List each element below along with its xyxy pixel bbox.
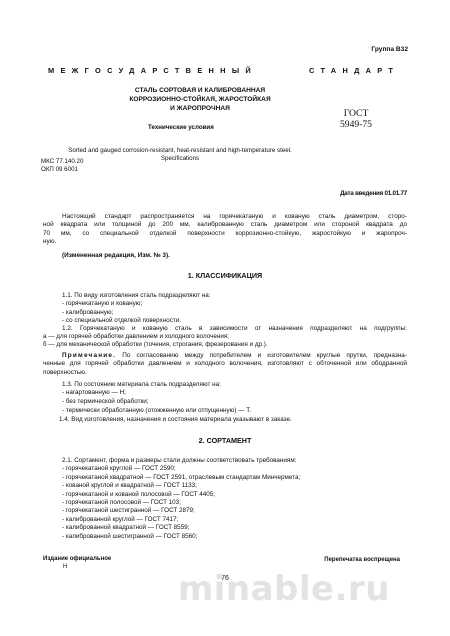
- gost-number: 5949-75: [336, 120, 376, 131]
- interstate-standard-banner: МЕЖГОСУДАРСТВЕННЫЙ СТАНДАРТ: [48, 67, 257, 75]
- list-item: - горячекатаной квадратной — ГОСТ 2591, …: [62, 474, 300, 482]
- list-item: - калиброванной круглой — ГОСТ 7417;: [62, 516, 300, 524]
- group-code: Группа В32: [371, 46, 408, 54]
- list-item: - горячекатаной шестигранной — ГОСТ 2879…: [62, 507, 300, 515]
- english-title-line: Specifications: [60, 155, 300, 163]
- okp-code: ОКП 09 6001: [41, 166, 83, 174]
- paragraph-line: 70 мм, со специальной отделкой поверхнос…: [43, 230, 407, 238]
- list-item: - без термической обработки;: [62, 398, 292, 406]
- classification-list: 1.1. По виду изготовления сталь подразде…: [62, 292, 211, 326]
- english-title-line: Sorted and gauged corrosion-resistant, h…: [60, 147, 300, 155]
- list-item: - калиброванной квадратной — ГОСТ 8559;: [62, 524, 300, 532]
- title-line: И ЖАРОПРОЧНАЯ: [120, 104, 280, 113]
- list-item: б — для механической обработки (точения,…: [43, 341, 268, 349]
- list-item: - кованой круглой и квадратной — ГОСТ 11…: [62, 482, 300, 490]
- banner-word-interstate: МЕЖГОСУДАРСТВЕННЫЙ: [48, 66, 257, 75]
- mks-code: МКС 77.140.20: [41, 158, 83, 166]
- reprint-prohibited-note: Перепечатка воспрещена: [324, 556, 400, 564]
- english-title: Sorted and gauged corrosion-resistant, h…: [60, 147, 300, 163]
- list-item: - калиброванной шестигранной — ГОСТ 8560…: [62, 533, 300, 541]
- section-heading-assortment: 2. СОРТАМЕНТ: [0, 437, 450, 445]
- paragraph-line: ной квадрата или толщиной до 200 мм, кал…: [43, 221, 407, 229]
- classification-codes: МКС 77.140.20 ОКП 09 6001: [41, 158, 83, 174]
- subgroups-list: а — для горячей обработки давлением и хо…: [43, 333, 268, 350]
- material-state-list: 1.3. По состоянию материала сталь подраз…: [62, 381, 292, 424]
- intro-paragraph: Настоящий стандарт распространяется на г…: [43, 213, 407, 247]
- list-item: - нагартованную — Н;: [62, 389, 292, 397]
- official-edition-label: Издание официальное: [43, 556, 111, 564]
- list-item: 1.1. По виду изготовления сталь подразде…: [62, 292, 211, 300]
- note-label: Примечание.: [62, 352, 116, 359]
- document-title: СТАЛЬ СОРТОВАЯ И КАЛИБРОВАННАЯ КОРРОЗИОН…: [120, 86, 280, 113]
- paragraph-line: ную.: [43, 238, 407, 246]
- paragraph-line: ченные для горячей обработки давлением и…: [43, 360, 407, 368]
- edition-marker: Н: [43, 564, 111, 572]
- list-item: 1.4. Вид изготовления, назначения и сост…: [59, 416, 292, 424]
- revision-note: (Измененная редакция, Изм. № 3).: [62, 252, 170, 260]
- list-item: - калиброванную;: [62, 309, 211, 317]
- list-item: 1.3. По состоянию материала сталь подраз…: [62, 381, 292, 389]
- list-item: - термически обработанную (отожженную ил…: [62, 407, 292, 415]
- note-paragraph: Примечание. По согласованию между потреб…: [43, 352, 407, 377]
- list-item: - горячекатаной круглой — ГОСТ 2590;: [62, 465, 300, 473]
- list-item: - горячекатаную и кованую;: [62, 300, 211, 308]
- document-subtitle: Технические условия: [148, 124, 214, 132]
- note-text: По согласованию между потребителем и изг…: [122, 352, 407, 359]
- gost-designation: ГОСТ 5949-75: [336, 109, 376, 130]
- gost-label: ГОСТ: [336, 109, 376, 120]
- banner-word-standard: СТАНДАРТ: [309, 67, 399, 75]
- section-heading-classification: 1. КЛАССИФИКАЦИЯ: [0, 272, 450, 280]
- title-line: СТАЛЬ СОРТОВАЯ И КАЛИБРОВАННАЯ: [120, 86, 280, 95]
- assortment-list: 2.1. Сортамент, форма и размеры стали до…: [62, 457, 300, 541]
- watermark: minable.ru: [178, 585, 390, 593]
- introduction-date: Дата введения 01.01.77: [340, 190, 407, 198]
- list-item: - горячекатаной и кованой полосовой — ГО…: [62, 491, 300, 499]
- paragraph-line: поверхностью.: [43, 369, 407, 377]
- title-line: КОРРОЗИОННО-СТОЙКАЯ, ЖАРОСТОЙКАЯ: [120, 95, 280, 104]
- official-edition-note: Издание официальное Н: [43, 556, 111, 571]
